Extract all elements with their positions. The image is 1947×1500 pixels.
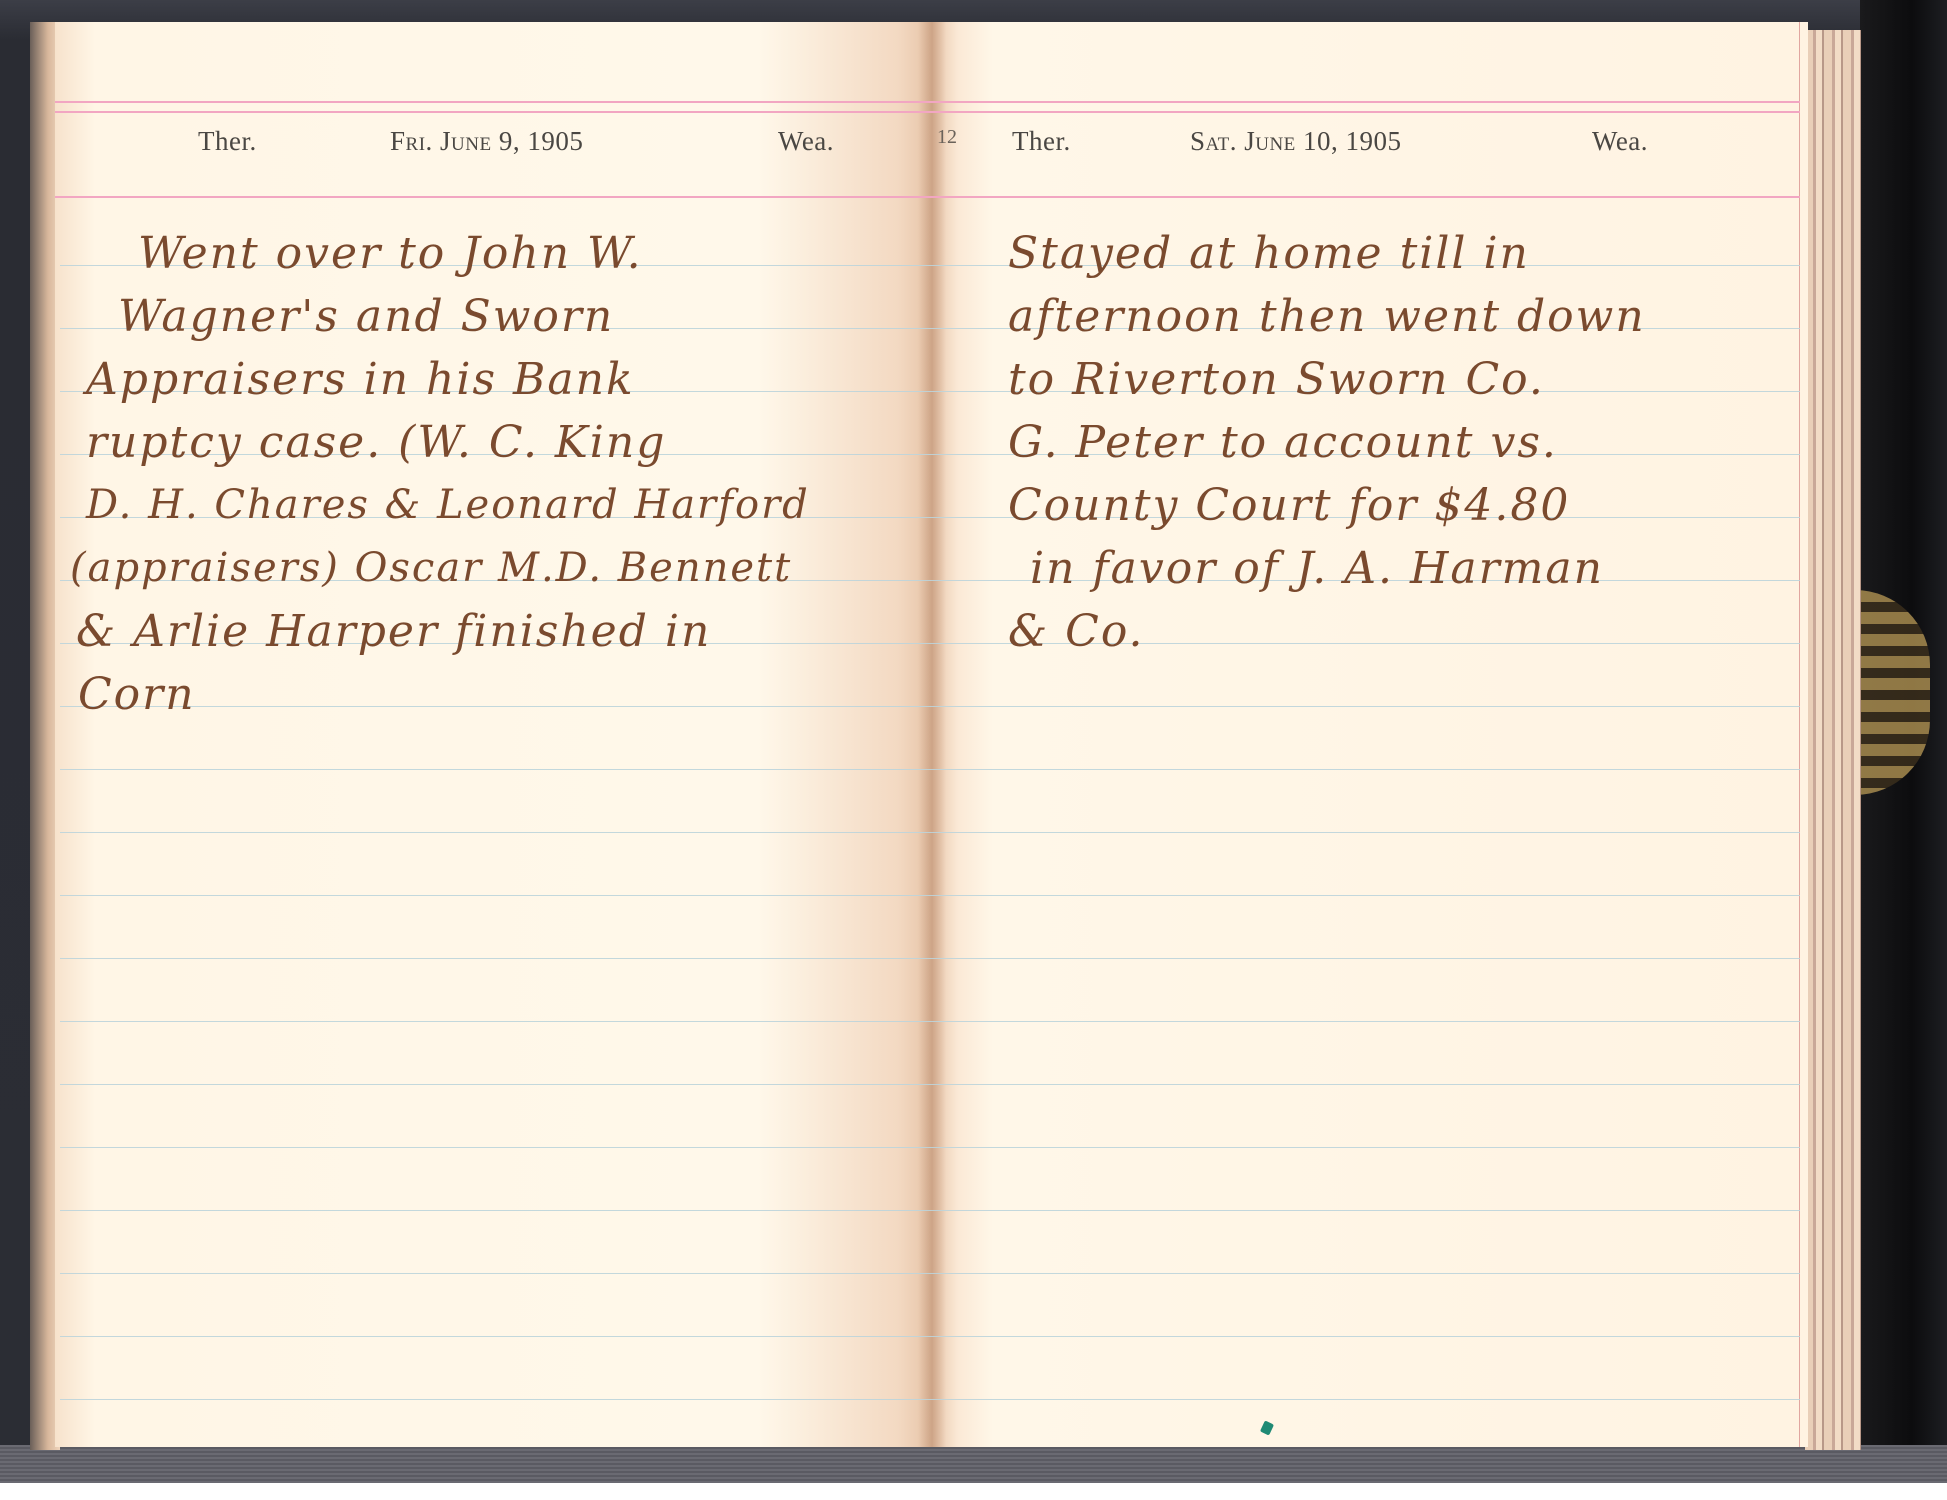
book-gutter [918,22,946,1447]
ruled-line [60,832,1800,833]
left-entry-line: Appraisers in his Bank [86,348,635,411]
left-entry-line: Wagner's and Sworn [118,285,614,348]
right-wea-label: Wea. [1592,126,1648,157]
ruled-line [60,1147,1800,1148]
ruled-line [60,706,1800,707]
ruled-line [60,1210,1800,1211]
left-entry-line: Corn [78,663,196,726]
right-entry-line: in favor of J. A. Harman [1030,537,1604,600]
ruled-line [60,769,1800,770]
right-entry-line: afternoon then went down [1008,285,1646,348]
right-entry-line: Stayed at home till in [1008,222,1530,285]
ruled-line [60,895,1800,896]
ruled-line [60,1399,1800,1400]
ruled-line [60,1021,1800,1022]
ruled-line [60,1336,1800,1337]
left-entry-line: Went over to John W. [138,222,643,285]
ruled-line [60,1084,1800,1085]
left-date-heading: Fri. June 9, 1905 [390,126,583,157]
scanner-bottom-edge [0,1445,1947,1483]
page-number: 12 [937,126,957,149]
left-entry-line: (appraisers) Oscar M.D. Bennett [70,537,792,600]
right-entry-line: County Court for $4.80 [1008,474,1570,537]
left-entry-line: & Arlie Harper finished in [76,600,711,663]
right-ther-label: Ther. [1012,126,1071,157]
left-ther-label: Ther. [198,126,257,157]
right-entry-line: & Co. [1008,600,1145,663]
ruled-line [60,1273,1800,1274]
left-entry-line: ruptcy case. (W. C. King [86,411,666,474]
right-margin-rule [1799,22,1800,1447]
page-stack-right [1805,30,1861,1450]
left-wea-label: Wea. [778,126,834,157]
ruled-line [60,958,1800,959]
right-entry-line: G. Peter to account vs. [1008,411,1558,474]
header-rule-top-2 [55,111,1800,113]
right-date-heading: Sat. June 10, 1905 [1190,126,1402,157]
header-rule-top-1 [55,101,1800,103]
left-entry-line: D. H. Chares & Leonard Harford [86,474,810,537]
header-rule-bottom [55,196,1800,198]
right-entry-line: to Riverton Sworn Co. [1008,348,1545,411]
